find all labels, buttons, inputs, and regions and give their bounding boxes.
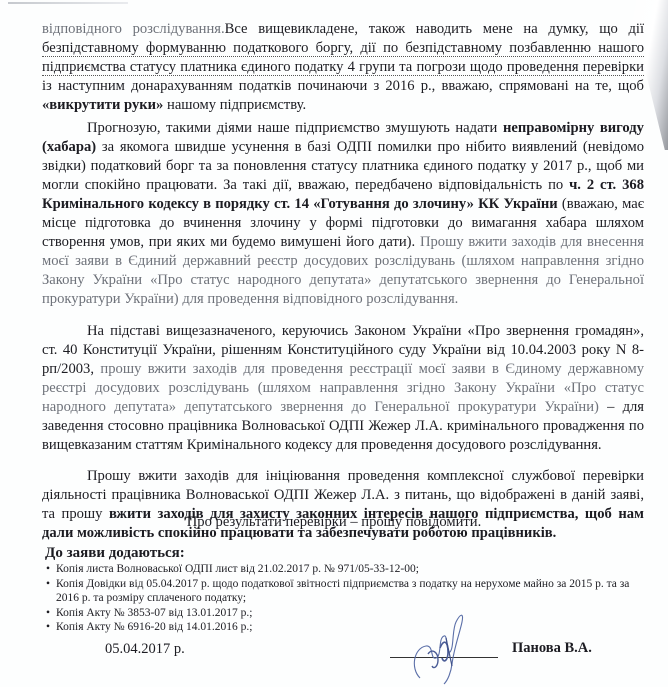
closing-request-text: Про результати перевірки – прошу повідом… <box>0 513 668 532</box>
attachment-item: Копія Акту № 3853-07 від 13.01.2017 р.; <box>46 606 651 621</box>
signer-name: Панова В.А. <box>512 640 592 657</box>
p1-line-1: відповідного розслідування.Все вищевикла… <box>42 20 644 39</box>
p1-line-4: із наступним донарахуванням податків поч… <box>42 77 644 96</box>
handwritten-signature-icon <box>408 608 478 686</box>
p2-line-2: (хабара) за якомога швидше усунення в ба… <box>42 138 644 157</box>
p2-line-8: моєї заяви в Єдиний державний реєстр дос… <box>42 252 644 271</box>
p2-line-3: звідки) податковий борг та за поновлення… <box>42 157 644 176</box>
p2-line-6: місце підготовка до вчинення злочину у ф… <box>42 214 644 233</box>
p1-line-5: «викрутити руки» нашому підприємству. <box>42 96 644 115</box>
p2-line-7: створення умов, при яких ми будемо вимуш… <box>42 233 644 252</box>
p3-line-3: рп/2003, прошу вжити заходів для проведе… <box>42 360 644 379</box>
p3-line-5: народного депутата» депутатського зверне… <box>42 398 644 417</box>
attachment-item: Копія листа Волноваської ОДПІ лист від 2… <box>46 562 651 577</box>
p3-line-4: реєстрі досудових розслідувань (шляхом н… <box>42 379 644 398</box>
p1-line-3: підприємства статусу платника єдиного по… <box>42 58 644 77</box>
p2-line-10: прокуратури України) для проведення відп… <box>42 290 644 309</box>
p3-line-7: вищевказаним статтям Кримінального кодек… <box>42 436 644 455</box>
p3-line-6: заведення стосовно працівника Волноваськ… <box>42 417 644 436</box>
p4-line-2: діяльності працівника Волноваської ОДПІ … <box>42 486 644 505</box>
p3-line-1: На підставі вищезазначеного, керуючись З… <box>42 322 644 341</box>
scan-artifact-line <box>8 2 128 4</box>
attachments-title: До заяви додаються: <box>45 545 185 562</box>
attachment-item: Копія Довідки від 05.04.2017 р. щодо под… <box>46 577 651 606</box>
document-date: 05.04.2017 р. <box>105 641 185 658</box>
p4-line-1: Прошу вжити заходів для ініціювання пров… <box>42 467 644 486</box>
document-page: відповідного розслідування.Все вищевикла… <box>0 0 668 687</box>
p2-line-9: Закону України «Про статус народного деп… <box>42 271 644 290</box>
p3-line-2: ст. 40 Конституції України, рішенням Кон… <box>42 341 644 360</box>
p2-line-5: Кримінального кодексу в порядку ст. 14 «… <box>42 195 644 214</box>
p2-line-1: Прогнозую, такими діями наше підприємств… <box>42 119 644 138</box>
p1-line-2: безпідставному формуванню податкового бо… <box>42 39 644 58</box>
attachments-list: Копія листа Волноваської ОДПІ лист від 2… <box>46 562 651 635</box>
attachment-item: Копія Акту № 6916-20 від 14.01.2016 р.; <box>46 620 651 635</box>
p2-line-4: могли спокійно працювати. За такі дії, в… <box>42 176 644 195</box>
